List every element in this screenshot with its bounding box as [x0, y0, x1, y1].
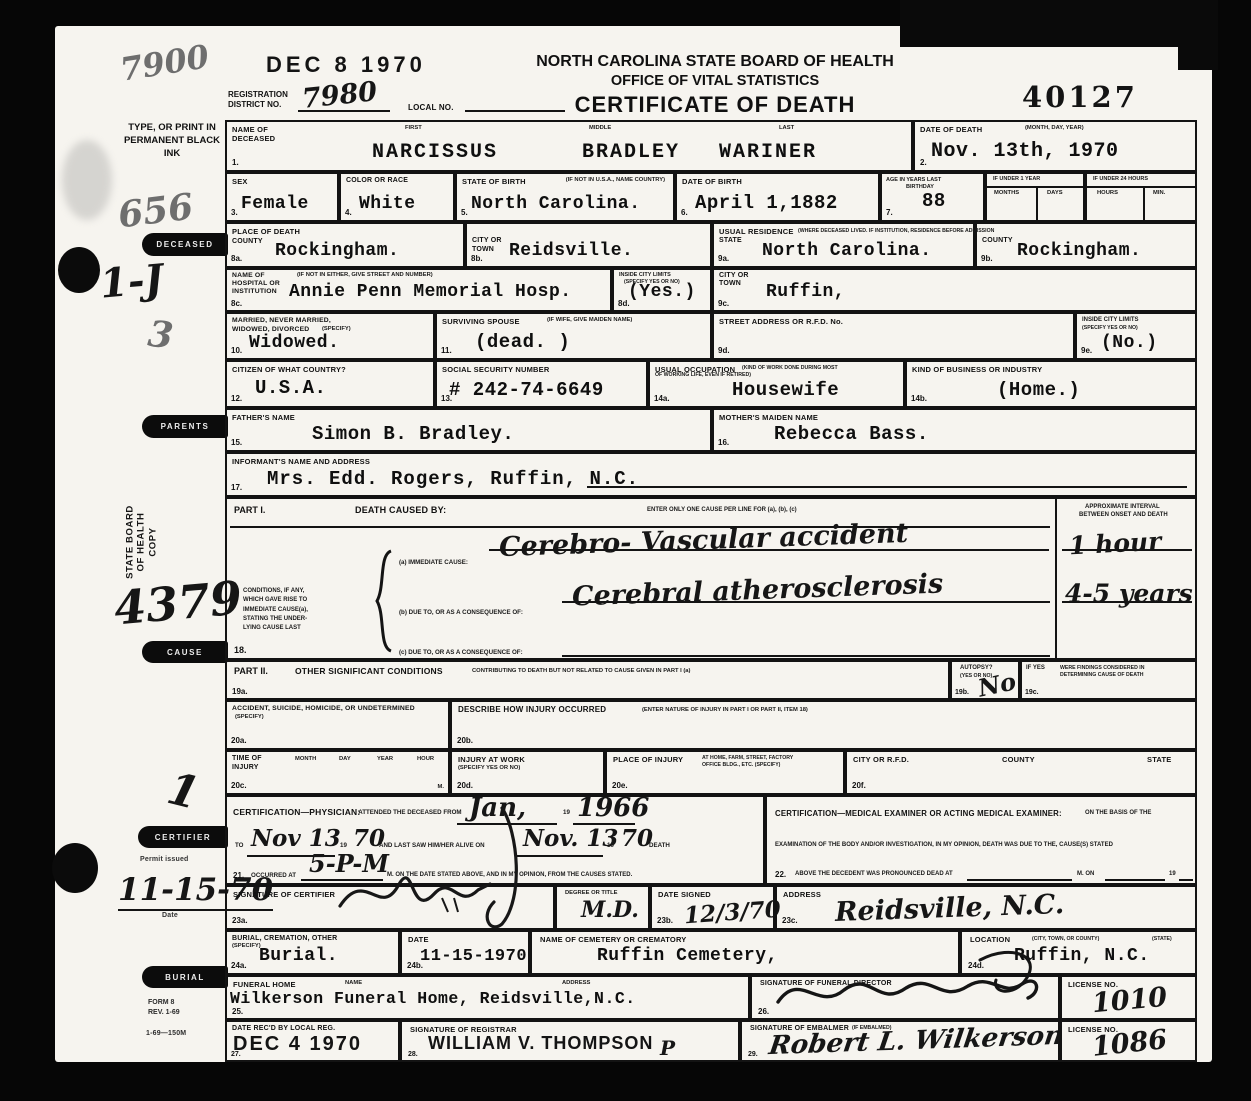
section-part1: PART I. DEATH CAUSED BY: ENTER ONLY ONE …: [225, 497, 1197, 660]
director-license-value: 1010: [1091, 982, 1169, 1019]
field-city-limits-residence: INSIDE CITY LIMITS (SPECIFY YES OR NO) 9…: [1075, 312, 1197, 360]
phys-from-year: 1966: [577, 793, 649, 823]
margin-date-label: Date: [162, 912, 178, 919]
field-if-under-1-year: IF UNDER 1 YEAR MONTHS DAYS: [985, 172, 1085, 222]
cause-b-value: Cerebral atherosclerosis: [572, 569, 944, 613]
local-no-underline: [465, 110, 565, 112]
place-injury-sub1: AT HOME, FARM, STREET, FACTORY: [702, 755, 793, 761]
injury-city-label: CITY OR R.F.D.: [853, 755, 909, 764]
marital-value: Widowed.: [249, 333, 339, 353]
residence-city-label2: TOWN: [719, 280, 741, 287]
phys-t3: DEATH: [649, 842, 670, 849]
sob-label: STATE OF BIRTH: [462, 177, 526, 186]
cond-line5: LYING CAUSE LAST: [243, 624, 308, 633]
hospital-label2: HOSPITAL OR: [232, 280, 280, 287]
residence-state-num: 9a.: [718, 254, 729, 263]
funeral-home-value: Wilkerson Funeral Home, Reidsville,N.C.: [230, 989, 636, 1008]
cond-line2: WHICH GAVE RISE TO: [243, 596, 308, 605]
field-occupation: USUAL OCCUPATION (KIND OF WORK DONE DURI…: [648, 360, 905, 408]
pencil-smudge: [62, 140, 112, 220]
ssn-label: SOCIAL SECURITY NUMBER: [442, 365, 549, 374]
city-death-num: 8b.: [471, 254, 483, 263]
date-signed-num: 23b.: [657, 916, 673, 925]
name-label: NAME OF: [232, 125, 268, 134]
burial-num: 24a.: [231, 961, 247, 970]
cause-a-value: Cerebro- Vascular accident: [499, 518, 909, 563]
burial-date-value: 11-15-1970: [420, 947, 527, 966]
accident-label: ACCIDENT, SUICIDE, HOMICIDE, OR UNDETERM…: [232, 705, 415, 712]
exam-t5: 19: [1169, 871, 1176, 877]
city-death-label: CITY OR: [472, 237, 502, 244]
injury-city-num: 20f.: [852, 781, 866, 790]
autopsy-num: 19b.: [955, 689, 969, 696]
informant-value: Mrs. Edd. Rogers, Ruffin, N.C.: [267, 468, 639, 490]
limits-res-sub: (SPECIFY YES OR NO): [1082, 325, 1138, 331]
field-time-of-injury: TIME OF INJURY MONTH DAY YEAR HOUR 20c. …: [225, 750, 450, 795]
cond-line3: IMMEDIATE CAUSE(a),: [243, 606, 308, 615]
time-hour-label: HOUR: [417, 756, 434, 762]
certifier-signature: [330, 798, 570, 932]
phys-to-value: Nov 13: [251, 825, 341, 852]
race-num: 4.: [345, 208, 352, 217]
exam-t2: EXAMINATION OF THE BODY AND/OR INVESTIGA…: [775, 842, 1113, 848]
cause-a-interval: 1 hour: [1068, 527, 1162, 561]
cert-address-label: ADDRESS: [783, 890, 821, 899]
marital-label1: MARRIED, NEVER MARRIED,: [232, 317, 331, 324]
residence-city-value: Ruffin,: [766, 282, 845, 302]
state-received-stamp: DEC 8 1970: [266, 52, 426, 78]
sex-value: Female: [241, 194, 309, 214]
dod-label: DATE OF DEATH: [920, 125, 982, 134]
part1-interval-label2: BETWEEN ONSET AND DEATH: [1079, 512, 1168, 518]
form-rev-line: REV. 1-69: [148, 1008, 180, 1018]
sob-num: 5.: [461, 208, 468, 217]
ifyes-note2: DETERMINING CAUSE OF DEATH: [1060, 672, 1143, 678]
print-run: 1-69—150M: [146, 1030, 186, 1037]
scan-artifact-top-right: [900, 0, 1190, 47]
header-office: OFFICE OF VITAL STATISTICS: [500, 73, 930, 89]
spouse-num: 11.: [441, 346, 452, 355]
u1y-months-label: MONTHS: [994, 190, 1019, 196]
field-place-of-injury: PLACE OF INJURY AT HOME, FARM, STREET, F…: [605, 750, 845, 795]
hospital-label3: INSTITUTION: [232, 288, 277, 295]
name-sub-last: LAST: [779, 125, 794, 131]
limits-res-value: (No.): [1101, 333, 1158, 353]
dob-num: 6.: [681, 208, 688, 217]
field-age: AGE IN YEARS LAST BIRTHDAY 7. 88: [880, 172, 985, 222]
how-injury-sub: (ENTER NATURE OF INJURY IN PART I OR PAR…: [642, 707, 808, 713]
phys-t4: OCCURRED AT: [251, 872, 296, 879]
field-marital-status: MARRIED, NEVER MARRIED, WIDOWED, DIVORCE…: [225, 312, 435, 360]
work-sub: (SPECIFY YES OR NO): [458, 765, 520, 771]
accident-sub: (SPECIFY): [235, 714, 264, 720]
sob-value: North Carolina.: [471, 194, 641, 214]
field-accident: ACCIDENT, SUICIDE, HOMICIDE, OR UNDETERM…: [225, 700, 450, 750]
informant-num: 17.: [231, 483, 242, 492]
conditions-note: CONDITIONS, IF ANY, WHICH GAVE RISE TO I…: [243, 587, 308, 633]
residence-city-label: CITY OR: [719, 272, 749, 279]
tab-parents: PARENTS: [142, 415, 228, 438]
dod-num: 2.: [920, 158, 927, 167]
field-how-injury: DESCRIBE HOW INJURY OCCURRED (ENTER NATU…: [450, 700, 1197, 750]
name-last-value: WARINER: [719, 141, 817, 164]
field-business: KIND OF BUSINESS OR INDUSTRY 14b. (Home.…: [905, 360, 1197, 408]
date-received-stamp: DEC 4 1970: [233, 1033, 362, 1056]
time-m-label: M.: [438, 784, 444, 790]
occupation-sub1: (KIND OF WORK DONE DURING MOST: [742, 365, 838, 371]
usual-residence-label: USUAL RESIDENCE: [719, 227, 794, 236]
field-director-license: LICENSE NO. 1010: [1060, 975, 1197, 1020]
cert-address-value: Reidsville, N.C.: [835, 889, 1065, 928]
part1-interval-label1: APPROXIMATE INTERVAL: [1085, 504, 1160, 510]
name-num: 1.: [232, 158, 239, 167]
autopsy-value: No: [975, 666, 1018, 702]
tab-burial: BURIAL: [142, 966, 228, 988]
occupation-value: Housewife: [732, 379, 839, 401]
age-label: AGE IN YEARS LAST: [886, 177, 941, 183]
tab-certifier: CERTIFIER: [138, 826, 228, 848]
field-sex: SEX 3. Female: [225, 172, 339, 222]
limits-res-num: 9e.: [1081, 346, 1092, 355]
autopsy-label: AUTOPSY?: [960, 665, 993, 671]
age-value: 88: [922, 190, 946, 212]
cond-line4: STATING THE UNDER-: [243, 615, 308, 624]
father-label: FATHER'S NAME: [232, 413, 295, 422]
mother-label: MOTHER'S MAIDEN NAME: [719, 413, 818, 422]
tab-deceased: DECEASED: [142, 233, 228, 256]
field-autopsy: AUTOPSY? (YES OR NO) 19b. No: [950, 660, 1020, 700]
field-residence-city: CITY OR TOWN 9c. Ruffin,: [712, 268, 1197, 312]
marital-num: 10.: [231, 346, 242, 355]
place-of-death-label: PLACE OF DEATH: [232, 227, 300, 236]
field-residence-county: COUNTY 9b. Rockingham.: [975, 222, 1197, 268]
part2-num: 19a.: [232, 687, 248, 696]
field-informant: INFORMANT'S NAME AND ADDRESS 17. Mrs. Ed…: [225, 452, 1197, 497]
field-surviving-spouse: SURVIVING SPOUSE (IF WIFE, GIVE MAIDEN N…: [435, 312, 712, 360]
work-label: INJURY AT WORK: [458, 755, 525, 764]
time-day-label: DAY: [339, 756, 351, 762]
margin-number-3: 3: [146, 313, 175, 357]
date-signed-label: DATE SIGNED: [658, 890, 711, 899]
tab-cause: CAUSE: [142, 641, 228, 663]
funeral-director-signature: [770, 940, 1060, 1020]
sob-sub: (IF NOT IN U.S.A., NAME COUNTRY): [545, 177, 665, 183]
reg-underline: [298, 110, 390, 112]
field-date-of-death: DATE OF DEATH (MONTH, DAY, YEAR) 2. Nov.…: [913, 120, 1197, 172]
name-first-value: NARCISSUS: [372, 141, 498, 164]
cemetery-label: NAME OF CEMETERY OR CREMATORY: [540, 935, 687, 944]
limits-res-label: INSIDE CITY LIMITS: [1082, 317, 1139, 323]
burial-date-label: DATE: [408, 935, 429, 944]
field-if-under-24-hours: IF UNDER 24 HOURS HOURS MIN.: [1085, 172, 1197, 222]
mother-num: 16.: [718, 438, 729, 447]
spouse-label: SURVIVING SPOUSE: [442, 317, 520, 326]
marital-sub: (SPECIFY): [322, 326, 351, 332]
field-city-of-death: CITY OR TOWN 8b. Reidsville.: [465, 222, 712, 268]
work-num: 20d.: [457, 781, 473, 790]
sex-num: 3.: [231, 208, 238, 217]
occupation-sub2: OF WORKING LIFE, EVEN IF RETIRED): [655, 372, 751, 378]
part1-num: 18.: [234, 645, 247, 655]
u1y-days-label: DAYS: [1047, 190, 1063, 196]
registrar-sig-suffix: P: [660, 1036, 675, 1060]
field-certifier-address: ADDRESS 23c. Reidsville, N.C.: [775, 885, 1197, 930]
hospital-label1: NAME OF: [232, 272, 265, 279]
field-street-address: STREET ADDRESS OR R.F.D. No. 9d.: [712, 312, 1075, 360]
city-death-label2: TOWN: [472, 246, 494, 253]
reg-label-line2: DISTRICT NO.: [228, 100, 288, 110]
hospital-num: 8c.: [231, 299, 242, 308]
ifyes-note1: WERE FINDINGS CONSIDERED IN: [1060, 665, 1144, 671]
phys-to-label: TO: [235, 842, 243, 849]
tab-cause-label: CAUSE: [167, 648, 203, 657]
form-number: FORM 8 REV. 1-69: [148, 998, 180, 1018]
date-received-label: DATE REC'D BY LOCAL REG.: [232, 1025, 335, 1032]
serial-number: 40127: [1022, 80, 1138, 114]
occupation-num: 14a.: [654, 394, 670, 403]
exam-t4: M. ON: [1077, 871, 1094, 877]
degree-value: M.D.: [581, 897, 639, 923]
citizen-value: U.S.A.: [255, 377, 326, 399]
funeral-home-sub2: ADDRESS: [562, 980, 590, 986]
embalmer-sig-num: 29.: [748, 1051, 758, 1058]
reg-label-line1: REGISTRATION: [228, 90, 288, 100]
race-label: COLOR OR RACE: [346, 177, 408, 184]
limits-death-label: INSIDE CITY LIMITS: [619, 272, 671, 278]
section-part2: PART II. OTHER SIGNIFICANT CONDITIONS CO…: [225, 660, 950, 700]
time-injury-label2: INJURY: [232, 764, 259, 771]
field-date-received: DATE REC'D BY LOCAL REG. 27. DEC 4 1970: [225, 1020, 400, 1062]
name-sub-middle: MIDDLE: [589, 125, 611, 131]
burial-value: Burial.: [259, 946, 338, 966]
margin-instruction: TYPE, OR PRINT IN PERMANENT BLACK INK: [116, 122, 228, 160]
spouse-sub: (IF WIFE, GIVE MAIDEN NAME): [547, 317, 632, 323]
cause-b-label: (b) DUE TO, OR AS A CONSEQUENCE OF:: [399, 609, 523, 616]
field-embalmer-signature: SIGNATURE OF EMBALMER (IF EMBALMED) 29. …: [740, 1020, 1060, 1062]
field-injury-at-work: INJURY AT WORK (SPECIFY YES OR NO) 20d.: [450, 750, 605, 795]
time-num: 20c.: [231, 781, 247, 790]
business-num: 14b.: [911, 394, 927, 403]
field-father-name: FATHER'S NAME 15. Simon B. Bradley.: [225, 408, 712, 452]
citizen-label: CITIZEN OF WHAT COUNTRY?: [232, 365, 346, 374]
u1y-label: IF UNDER 1 YEAR: [993, 176, 1040, 182]
field-registrar-signature: SIGNATURE OF REGISTRAR 28. WILLIAM V. TH…: [400, 1020, 740, 1062]
hole-punch-top: [58, 247, 100, 293]
field-injury-city: CITY OR R.F.D. COUNTY STATE 20f.: [845, 750, 1197, 795]
accident-num: 20a.: [231, 736, 247, 745]
how-injury-num: 20b.: [457, 736, 473, 745]
registration-district-label: REGISTRATION DISTRICT NO.: [228, 90, 288, 110]
spouse-value: (dead. ): [475, 331, 570, 353]
registrar-sig-num: 28.: [408, 1051, 418, 1058]
mother-value: Rebecca Bass.: [774, 423, 929, 445]
marital-label2: WIDOWED, DIVORCED: [232, 326, 309, 333]
father-value: Simon B. Bradley.: [312, 423, 514, 445]
hospital-sub: (IF NOT IN EITHER, GIVE STREET AND NUMBE…: [297, 272, 433, 278]
hospital-value: Annie Penn Memorial Hosp.: [289, 282, 572, 302]
field-ssn: SOCIAL SECURITY NUMBER 13. # 242-74-6649: [435, 360, 648, 408]
street-label: STREET ADDRESS OR R.F.D. No.: [719, 317, 843, 326]
exam-label: CERTIFICATION—MEDICAL EXAMINER OR ACTING…: [775, 809, 1062, 818]
cemetery-value: Ruffin Cemetery,: [597, 946, 778, 966]
phys-num: 21.: [233, 871, 244, 880]
margin-number-1j: 1-J: [98, 255, 165, 307]
cause-a-label: (a) IMMEDIATE CAUSE:: [399, 559, 468, 566]
residence-county-label: COUNTY: [982, 237, 1013, 244]
brace-glyph: [371, 547, 395, 655]
time-injury-label: TIME OF: [232, 755, 262, 762]
residence-county-num: 9b.: [981, 254, 993, 263]
scan-artifact-corner: [1178, 0, 1218, 70]
injury-state-label: STATE: [1147, 755, 1171, 764]
residence-state-label: STATE: [719, 237, 742, 244]
age-num: 7.: [886, 208, 893, 217]
cause-c-label: (c) DUE TO, OR AS A CONSEQUENCE OF:: [399, 649, 523, 656]
part1-note: ENTER ONLY ONE CAUSE PER LINE FOR (a), (…: [647, 507, 797, 513]
u24-min-label: MIN.: [1153, 190, 1165, 196]
margin-instruction-text: TYPE, OR PRINT IN PERMANENT BLACK INK: [124, 122, 220, 159]
certifier-sig-label: SIGNATURE OF CERTIFIER: [233, 890, 335, 899]
ifyes-num: 19c.: [1025, 689, 1039, 696]
injury-county-label: COUNTY: [1002, 755, 1035, 764]
section-cert-examiner: CERTIFICATION—MEDICAL EXAMINER OR ACTING…: [765, 795, 1197, 885]
field-race: COLOR OR RACE 4. White: [339, 172, 455, 222]
permit-issued-label: Permit issued: [140, 856, 189, 863]
funeral-home-sub1: NAME: [345, 980, 362, 986]
time-month-label: MONTH: [295, 756, 316, 762]
citizen-num: 12.: [231, 394, 242, 403]
ifyes-label: IF YES: [1026, 665, 1045, 671]
scanned-death-certificate: 7900 TYPE, OR PRINT IN PERMANENT BLACK I…: [0, 0, 1251, 1101]
field-date-of-birth: DATE OF BIRTH 6. April 1,1882: [675, 172, 880, 222]
field-embalmer-license: LICENSE NO. 1086: [1060, 1020, 1197, 1062]
field-county-of-death: PLACE OF DEATH COUNTY 8a. Rockingham.: [225, 222, 465, 268]
field-funeral-home: FUNERAL HOME NAME ADDRESS 25. Wilkerson …: [225, 975, 750, 1020]
embalmer-license-value: 1086: [1091, 1024, 1169, 1063]
burial-label: BURIAL, CREMATION, OTHER: [232, 935, 337, 942]
city-death-value: Reidsville.: [509, 241, 633, 261]
date-signed-value: 12/3/70: [683, 896, 781, 930]
field-residence-state: USUAL RESIDENCE (WHERE DECEASED LIVED. I…: [712, 222, 975, 268]
sex-label: SEX: [232, 177, 248, 186]
place-injury-label: PLACE OF INJURY: [613, 755, 683, 764]
name-label2: DECEASED: [232, 134, 275, 143]
dob-label: DATE OF BIRTH: [682, 177, 742, 186]
field-date-signed: DATE SIGNED 23b. 12/3/70: [650, 885, 775, 930]
dob-value: April 1,1882: [695, 192, 838, 214]
name-middle-value: BRADLEY: [582, 141, 680, 164]
exam-num: 22.: [775, 870, 786, 879]
father-num: 15.: [231, 438, 242, 447]
ssn-value: # 242-74-6649: [449, 379, 604, 401]
place-injury-num: 20e.: [612, 781, 628, 790]
field-citizen: CITIZEN OF WHAT COUNTRY? 12. U.S.A.: [225, 360, 435, 408]
part2-label: PART II.: [234, 666, 268, 676]
residence-city-num: 9c.: [718, 299, 729, 308]
field-burial-type: BURIAL, CREMATION, OTHER (SPECIFY) 24a. …: [225, 930, 400, 975]
director-sig-num: 26.: [758, 1007, 769, 1016]
registrar-sig-value: WILLIAM V. THOMPSON: [428, 1033, 653, 1054]
local-no-label: LOCAL NO.: [408, 103, 454, 112]
u24-label: IF UNDER 24 HOURS: [1093, 176, 1148, 182]
county-death-label: COUNTY: [232, 238, 263, 245]
field-mother-name: MOTHER'S MAIDEN NAME 16. Rebecca Bass.: [712, 408, 1197, 452]
cause-b-interval: 4-5 years: [1065, 579, 1193, 608]
street-num: 9d.: [718, 346, 730, 355]
exam-t1: ON THE BASIS OF THE: [1085, 810, 1151, 816]
tab-certifier-label: CERTIFIER: [155, 833, 212, 842]
place-injury-sub2: OFFICE BLDG., ETC. (SPECIFY): [702, 762, 780, 768]
u24-hours-label: HOURS: [1097, 190, 1118, 196]
tab-parents-label: PARENTS: [161, 422, 210, 431]
field-hospital: NAME OF HOSPITAL OR INSTITUTION (IF NOT …: [225, 268, 612, 312]
name-sub-first: FIRST: [405, 125, 422, 131]
part1-caused-label: DEATH CAUSED BY:: [355, 505, 446, 515]
limits-death-value: (Yes.): [628, 282, 696, 302]
phys-19c: 19: [607, 842, 614, 849]
certifier-sig-num: 23a.: [232, 916, 248, 925]
usual-residence-sub: (WHERE DECEASED LIVED. IF INSTITUTION, R…: [798, 228, 994, 234]
exam-t3: ABOVE THE DECEDENT WAS PRONOUNCED DEAD A…: [795, 871, 953, 877]
field-burial-date: DATE 24b. 11-15-1970: [400, 930, 530, 975]
part2-note: CONTRIBUTING TO DEATH BUT NOT RELATED TO…: [472, 668, 690, 674]
burial-sub: (SPECIFY): [232, 943, 261, 949]
county-death-value: Rockingham.: [275, 241, 399, 261]
residence-state-value: North Carolina.: [762, 241, 932, 261]
dod-value: Nov. 13th, 1970: [931, 140, 1119, 163]
field-name-of-deceased: NAME OF DECEASED FIRST MIDDLE LAST 1. NA…: [225, 120, 913, 172]
field-if-yes-findings: IF YES WERE FINDINGS CONSIDERED IN DETER…: [1020, 660, 1197, 700]
race-value: White: [359, 194, 416, 214]
hole-punch-bottom: [52, 843, 98, 893]
informant-label: INFORMANT'S NAME AND ADDRESS: [232, 457, 370, 466]
part2-title: OTHER SIGNIFICANT CONDITIONS: [295, 666, 443, 676]
funeral-home-num: 25.: [232, 1007, 243, 1016]
part1-label: PART I.: [234, 505, 265, 515]
field-city-limits-death: INSIDE CITY LIMITS (SPECIFY YES OR NO) 8…: [612, 268, 712, 312]
dod-sub: (MONTH, DAY, YEAR): [1025, 125, 1084, 131]
tab-burial-label: BURIAL: [165, 973, 205, 982]
degree-label: DEGREE OR TITLE: [565, 890, 618, 896]
how-injury-label: DESCRIBE HOW INJURY OCCURRED: [458, 705, 606, 714]
burial-loc-sub2: (STATE): [1152, 936, 1172, 942]
tab-deceased-label: DECEASED: [156, 240, 213, 249]
funeral-home-label: FUNERAL HOME: [233, 980, 296, 989]
document-title: CERTIFICATE OF DEATH: [500, 92, 930, 118]
residence-county-value: Rockingham.: [1017, 241, 1141, 261]
cert-address-num: 23c.: [782, 916, 798, 925]
field-state-of-birth: STATE OF BIRTH (IF NOT IN U.S.A., NAME C…: [455, 172, 675, 222]
time-year-label: YEAR: [377, 756, 393, 762]
header-board: NORTH CAROLINA STATE BOARD OF HEALTH: [500, 53, 930, 71]
business-value: (Home.): [997, 379, 1080, 401]
cond-line1: CONDITIONS, IF ANY,: [243, 587, 308, 596]
form-no-line: FORM 8: [148, 998, 180, 1008]
business-label: KIND OF BUSINESS OR INDUSTRY: [912, 365, 1042, 374]
county-death-num: 8a.: [231, 254, 242, 263]
